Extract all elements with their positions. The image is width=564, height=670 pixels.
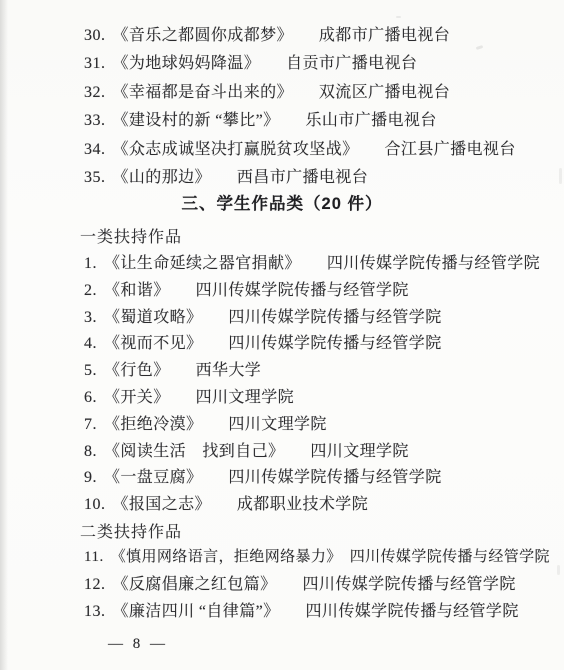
list-item: 35.《山的那边》西昌市广播电视台 [84, 164, 564, 192]
work-organization: 四川传媒学院传播与经管学院 [350, 549, 550, 565]
work-organization: 乐山市广播电视台 [306, 112, 437, 129]
work-title: 《山的那边》 [113, 169, 211, 186]
item-number: 13. [84, 603, 106, 621]
item-number: 1. [84, 255, 97, 273]
list-item: 5.《行色》西华大学 [84, 357, 564, 384]
work-title: 《开关》 [104, 389, 170, 406]
list-item: 7.《拒绝冷漠》四川文理学院 [84, 411, 564, 438]
item-number: 10. [84, 496, 106, 514]
tier1-label: 一类扶持作品 [80, 224, 182, 247]
work-organization: 四川传媒学院传播与经管学院 [228, 469, 441, 486]
item-number: 11. [84, 549, 104, 566]
tier2-works-list: 11.《慎用网络语言，拒绝网络暴力》四川传媒学院传播与经管学院12.《反腐倡廉之… [84, 545, 564, 624]
work-title: 《报国之志》 [113, 496, 211, 513]
list-item: 9.《一盘豆腐》四川传媒学院传播与经管学院 [84, 464, 564, 491]
work-organization: 四川文理学院 [196, 389, 294, 406]
work-title: 《幸福都是奋斗出来的》 [113, 84, 293, 101]
scan-speckle [157, 530, 161, 533]
list-item: 31.《为地球妈妈降温》自贡市广播电视台 [84, 50, 564, 78]
item-number: 34. [84, 141, 106, 159]
work-title: 《和谐》 [104, 282, 170, 299]
work-title: 《行色》 [104, 362, 170, 379]
list-item: 30.《音乐之都圆你成都梦》成都市广播电视台 [84, 22, 564, 50]
work-organization: 西昌市广播电视台 [237, 169, 368, 186]
work-organization: 西华大学 [196, 362, 262, 379]
work-title: 《廉洁四川 “自律篇”》 [113, 603, 280, 620]
work-organization: 四川传媒学院传播与经管学院 [327, 255, 540, 272]
page-number: — 8 — [108, 636, 168, 653]
work-title: 《音乐之都圆你成都梦》 [113, 27, 293, 44]
list-item: 8.《阅读生活 找到自己》四川文理学院 [84, 438, 564, 465]
work-organization: 自贡市广播电视台 [286, 55, 417, 72]
work-title: 《阅读生活 找到自己》 [104, 443, 284, 460]
work-organization: 合江县广播电视台 [385, 141, 516, 158]
scan-speckle [557, 565, 560, 575]
list-item: 34.《众志成诚坚决打赢脱贫攻坚战》合江县广播电视台 [84, 136, 564, 164]
item-number: 9. [84, 469, 97, 487]
scan-speckle [559, 168, 562, 184]
work-organization: 四川传媒学院传播与经管学院 [306, 603, 519, 620]
item-number: 30. [84, 27, 106, 45]
work-title: 《视而不见》 [104, 335, 202, 352]
tier2-label: 二类扶持作品 [80, 519, 182, 542]
list-item: 32.《幸福都是奋斗出来的》双流区广播电视台 [84, 79, 564, 107]
list-item: 4.《视而不见》四川传媒学院传播与经管学院 [84, 330, 564, 357]
item-number: 5. [84, 362, 97, 380]
item-number: 7. [84, 416, 97, 434]
work-organization: 四川文理学院 [228, 416, 326, 433]
work-title: 《建设村的新 “攀比”》 [113, 112, 280, 129]
list-item: 13.《廉洁四川 “自律篇”》四川传媒学院传播与经管学院 [84, 598, 564, 624]
work-organization: 四川传媒学院传播与经管学院 [228, 309, 441, 326]
list-item: 6.《开关》四川文理学院 [84, 384, 564, 411]
list-item: 10.《报国之志》成都职业技术学院 [84, 491, 564, 518]
item-number: 12. [84, 576, 106, 594]
work-organization: 四川文理学院 [310, 443, 408, 460]
work-organization: 四川传媒学院传播与经管学院 [228, 335, 441, 352]
item-number: 31. [84, 55, 106, 73]
work-organization: 四川传媒学院传播与经管学院 [196, 282, 409, 299]
work-title: 《拒绝冷漠》 [104, 416, 202, 433]
list-item: 33.《建设村的新 “攀比”》乐山市广播电视台 [84, 107, 564, 135]
item-number: 32. [84, 84, 106, 102]
item-number: 35. [84, 169, 106, 187]
list-item: 1.《让生命延续之器官捐献》四川传媒学院传播与经管学院 [84, 250, 564, 277]
work-organization: 双流区广播电视台 [319, 84, 450, 101]
document-page: 30.《音乐之都圆你成都梦》成都市广播电视台31.《为地球妈妈降温》自贡市广播电… [0, 0, 564, 670]
work-title: 《为地球妈妈降温》 [113, 55, 261, 72]
work-title: 《众志成诚坚决打赢脱贫攻坚战》 [113, 141, 359, 158]
list-item: 3.《蜀道攻略》四川传媒学院传播与经管学院 [84, 304, 564, 331]
broadcast-works-list: 30.《音乐之都圆你成都梦》成都市广播电视台31.《为地球妈妈降温》自贡市广播电… [84, 22, 564, 192]
list-item: 12.《反腐倡廉之红包篇》四川传媒学院传播与经管学院 [84, 571, 564, 597]
list-item: 2.《和谐》四川传媒学院传播与经管学院 [84, 277, 564, 304]
item-number: 4. [84, 335, 97, 353]
work-title: 《慎用网络语言，拒绝网络暴力》 [111, 549, 342, 565]
item-number: 33. [84, 112, 106, 130]
work-title: 《反腐倡廉之红包篇》 [113, 576, 277, 593]
work-organization: 成都市广播电视台 [319, 27, 450, 44]
item-number: 2. [84, 282, 97, 300]
work-organization: 成都职业技术学院 [237, 496, 368, 513]
work-title: 《蜀道攻略》 [104, 309, 202, 326]
scan-speckle [396, 16, 401, 18]
item-number: 3. [84, 309, 97, 327]
work-title: 《一盘豆腐》 [104, 469, 202, 486]
item-number: 6. [84, 389, 97, 407]
item-number: 8. [84, 443, 97, 461]
list-item: 11.《慎用网络语言，拒绝网络暴力》四川传媒学院传播与经管学院 [84, 545, 564, 571]
tier1-works-list: 1.《让生命延续之器官捐献》四川传媒学院传播与经管学院2.《和谐》四川传媒学院传… [84, 250, 564, 518]
work-organization: 四川传媒学院传播与经管学院 [303, 576, 516, 593]
section-heading: 三、学生作品类（20 件） [0, 190, 564, 214]
work-title: 《让生命延续之器官捐献》 [104, 255, 301, 272]
scan-edge-shadow [0, 0, 8, 670]
